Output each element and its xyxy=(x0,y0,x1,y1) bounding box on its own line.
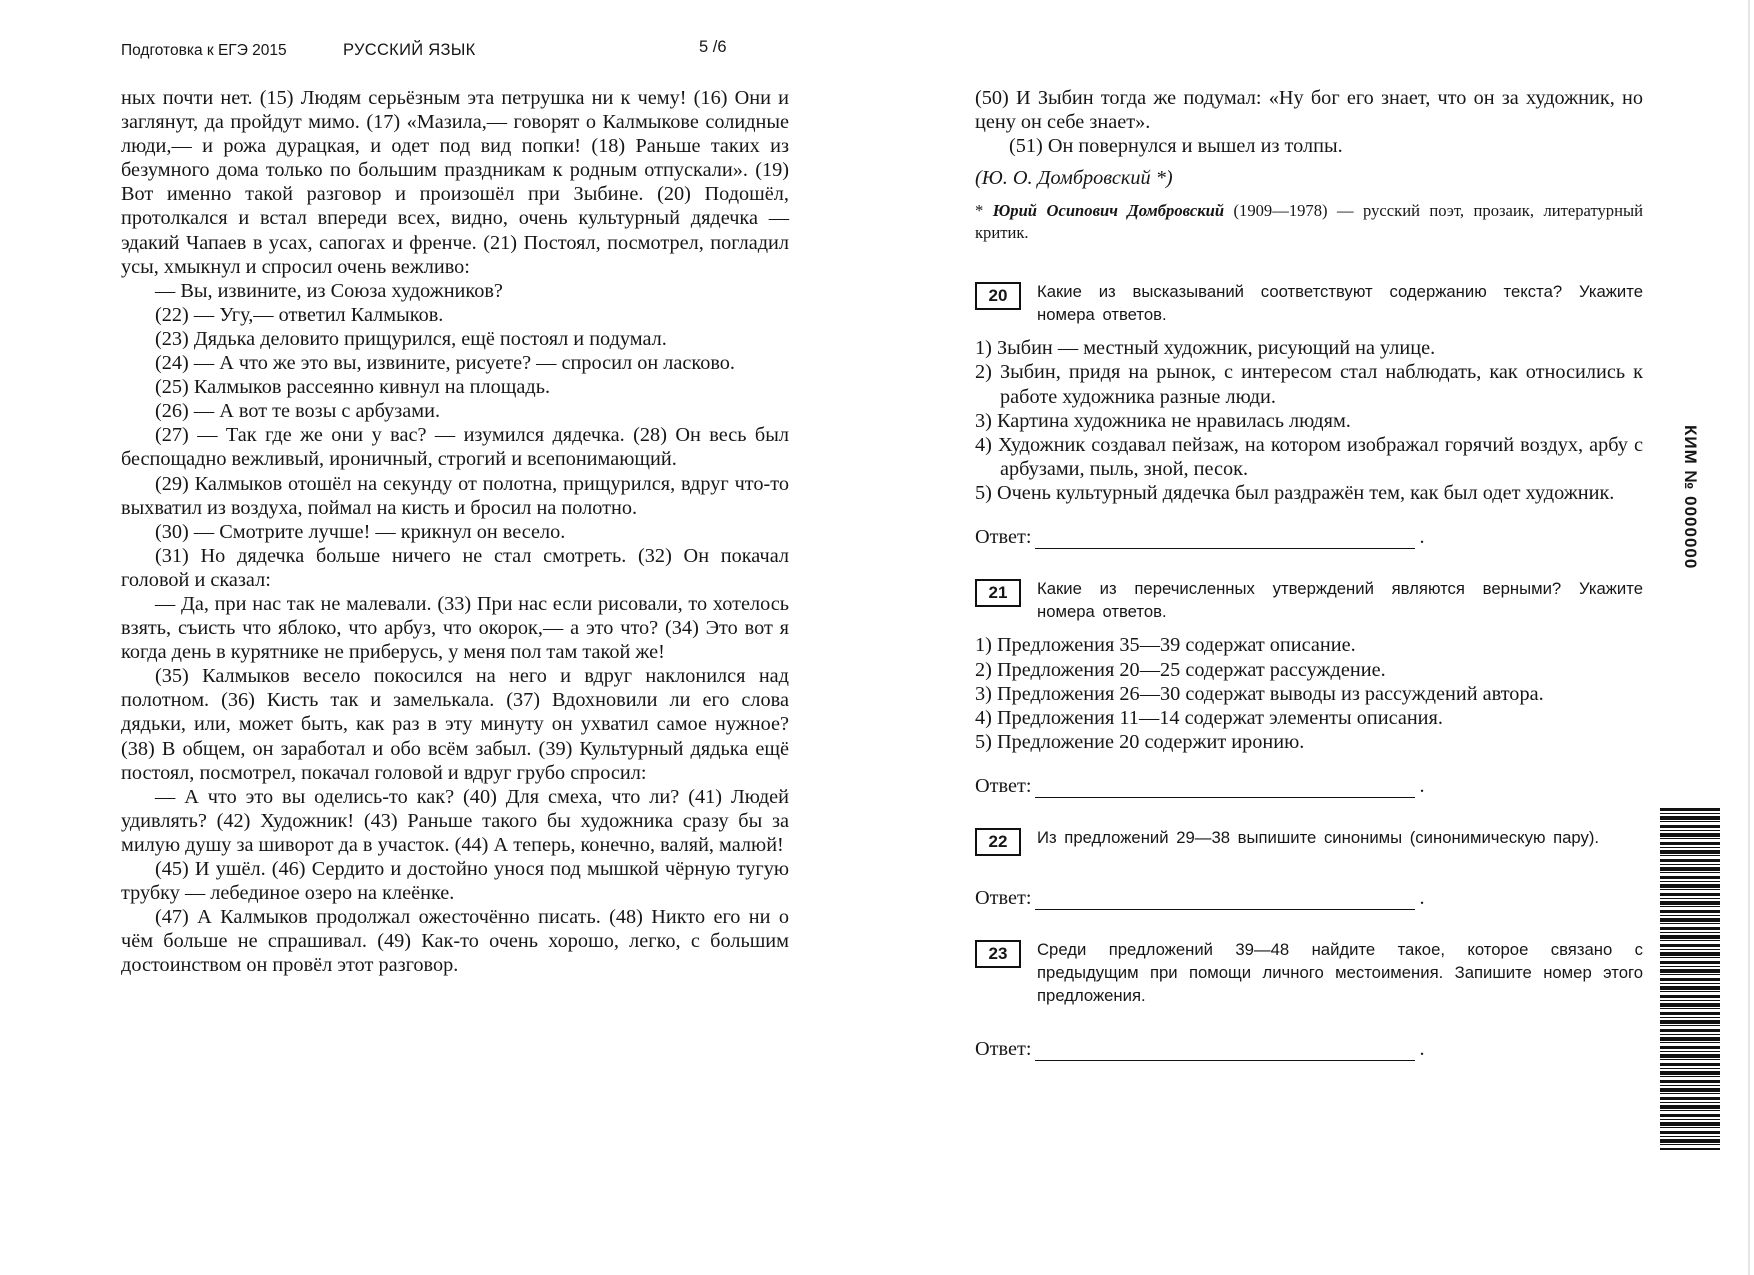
paragraph: (25) Калмыков рассеянно кивнул на площад… xyxy=(121,375,789,399)
paragraph: — А что это вы оделись-то как? (40) Для … xyxy=(121,785,789,857)
paragraph: (35) Калмыков весело покосился на него и… xyxy=(121,664,789,784)
task-21: 21 Какие из перечисленных утверждений яв… xyxy=(975,577,1643,798)
task-23: 23 Среди предложений 39—48 найдите такое… xyxy=(975,938,1643,1061)
task-number-box: 22 xyxy=(975,828,1021,856)
paragraph: (23) Дядька деловито прищурился, ещё пос… xyxy=(121,327,789,351)
task-header: 21 Какие из перечисленных утверждений яв… xyxy=(975,577,1643,623)
answer-row: Ответ: . xyxy=(975,525,1643,549)
option-item: 1) Предложения 35—39 содержат описание. xyxy=(975,633,1643,657)
paragraph: — Да, при нас так не малевали. (33) При … xyxy=(121,592,789,664)
paragraph: (51) Он повернулся и вышел из толпы. xyxy=(975,134,1643,158)
answer-row: Ответ: . xyxy=(975,886,1643,910)
answer-label: Ответ: xyxy=(975,525,1031,549)
option-item: 5) Предложение 20 содержит иронию. xyxy=(975,730,1643,754)
answer-period: . xyxy=(1419,1037,1424,1061)
option-item: 4) Предложения 11—14 содержат элементы о… xyxy=(975,706,1643,730)
answer-label: Ответ: xyxy=(975,886,1031,910)
answer-period: . xyxy=(1419,774,1424,798)
answer-label: Ответ: xyxy=(975,774,1031,798)
answer-period: . xyxy=(1419,525,1424,549)
paragraph: (50) И Зыбин тогда же подумал: «Ну бог е… xyxy=(975,86,1643,134)
answer-row: Ответ: . xyxy=(975,774,1643,798)
paragraph: (27) — Так где же они у вас? — изумился … xyxy=(121,423,789,471)
header-prep: Подготовка к ЕГЭ 2015 xyxy=(121,42,287,60)
footnote-marker: * xyxy=(975,201,993,220)
task-question: Какие из перечисленных утверждений являю… xyxy=(1037,577,1643,623)
author-attribution: (Ю. О. Домбровский *) xyxy=(975,166,1643,190)
answer-label: Ответ: xyxy=(975,1037,1031,1061)
paragraph: — Вы, извините, из Союза художников? xyxy=(121,279,789,303)
task-number-box: 23 xyxy=(975,940,1021,968)
option-item: 3) Картина художника не нравилась людям. xyxy=(975,409,1643,433)
paragraph: (45) И ушёл. (46) Сердито и достойно уно… xyxy=(121,857,789,905)
task-question: Из предложений 29—38 выпишите синонимы (… xyxy=(1037,826,1643,849)
answer-options: 1) Зыбин — местный художник, рисующий на… xyxy=(975,336,1643,505)
kim-number-label: КИМ № 0000000 xyxy=(1680,425,1700,569)
task-number-box: 20 xyxy=(975,282,1021,310)
paragraph: (30) — Смотрите лучше! — крикнул он весе… xyxy=(121,520,789,544)
option-item: 4) Художник создавал пейзаж, на котором … xyxy=(975,433,1643,481)
option-item: 1) Зыбин — местный художник, рисующий на… xyxy=(975,336,1643,360)
footnote-author-name: Юрий Осипович Домбровский xyxy=(993,201,1224,220)
paragraph: (24) — А что же это вы, извините, рисует… xyxy=(121,351,789,375)
paragraph: (47) А Калмыков продолжал ожесточённо пи… xyxy=(121,905,789,977)
page-edge-divider xyxy=(1748,0,1750,1275)
page-header: Подготовка к ЕГЭ 2015 РУССКИЙ ЯЗЫК 5 /6 xyxy=(121,38,761,62)
task-header: 20 Какие из высказываний соответствуют с… xyxy=(975,280,1643,326)
task-question: Какие из высказываний соответствуют соде… xyxy=(1037,280,1643,326)
task-question: Среди предложений 39—48 найдите такое, к… xyxy=(1037,938,1643,1007)
answer-period: . xyxy=(1419,886,1424,910)
task-22: 22 Из предложений 29—38 выпишите синоним… xyxy=(975,826,1643,910)
task-header: 23 Среди предложений 39—48 найдите такое… xyxy=(975,938,1643,1007)
option-item: 5) Очень культурный дядечка был раздражё… xyxy=(975,481,1643,505)
paragraph: (29) Калмыков отошёл на секунду от полот… xyxy=(121,472,789,520)
answer-field[interactable] xyxy=(1035,889,1415,910)
header-subject: РУССКИЙ ЯЗЫК xyxy=(343,41,476,60)
page-number: 5 /6 xyxy=(699,38,727,57)
task-header: 22 Из предложений 29—38 выпишите синоним… xyxy=(975,826,1643,856)
answer-row: Ответ: . xyxy=(975,1037,1643,1061)
answer-options: 1) Предложения 35—39 содержат описание. … xyxy=(975,633,1643,753)
barcode-icon xyxy=(1660,808,1720,1150)
answer-field[interactable] xyxy=(1035,1040,1415,1061)
option-item: 3) Предложения 26—30 содержат выводы из … xyxy=(975,682,1643,706)
text-column-left: ных почти нет. (15) Людям серьёзным эта … xyxy=(121,86,789,977)
option-item: 2) Зыбин, придя на рынок, с интересом ст… xyxy=(975,360,1643,408)
paragraph: (22) — Угу,— ответил Калмыков. xyxy=(121,303,789,327)
footnote: * Юрий Осипович Домбровский (1909—1978) … xyxy=(975,200,1643,244)
task-20: 20 Какие из высказываний соответствуют с… xyxy=(975,280,1643,549)
option-item: 2) Предложения 20—25 содержат рассуждени… xyxy=(975,658,1643,682)
answer-field[interactable] xyxy=(1035,528,1415,549)
paragraph: ных почти нет. (15) Людям серьёзным эта … xyxy=(121,86,789,279)
paragraph: (31) Но дядечка больше ничего не стал см… xyxy=(121,544,789,592)
paragraph: (26) — А вот те возы с арбузами. xyxy=(121,399,789,423)
text-column-right: (50) И Зыбин тогда же подумал: «Ну бог е… xyxy=(975,86,1643,1061)
answer-field[interactable] xyxy=(1035,777,1415,798)
task-number-box: 21 xyxy=(975,579,1021,607)
